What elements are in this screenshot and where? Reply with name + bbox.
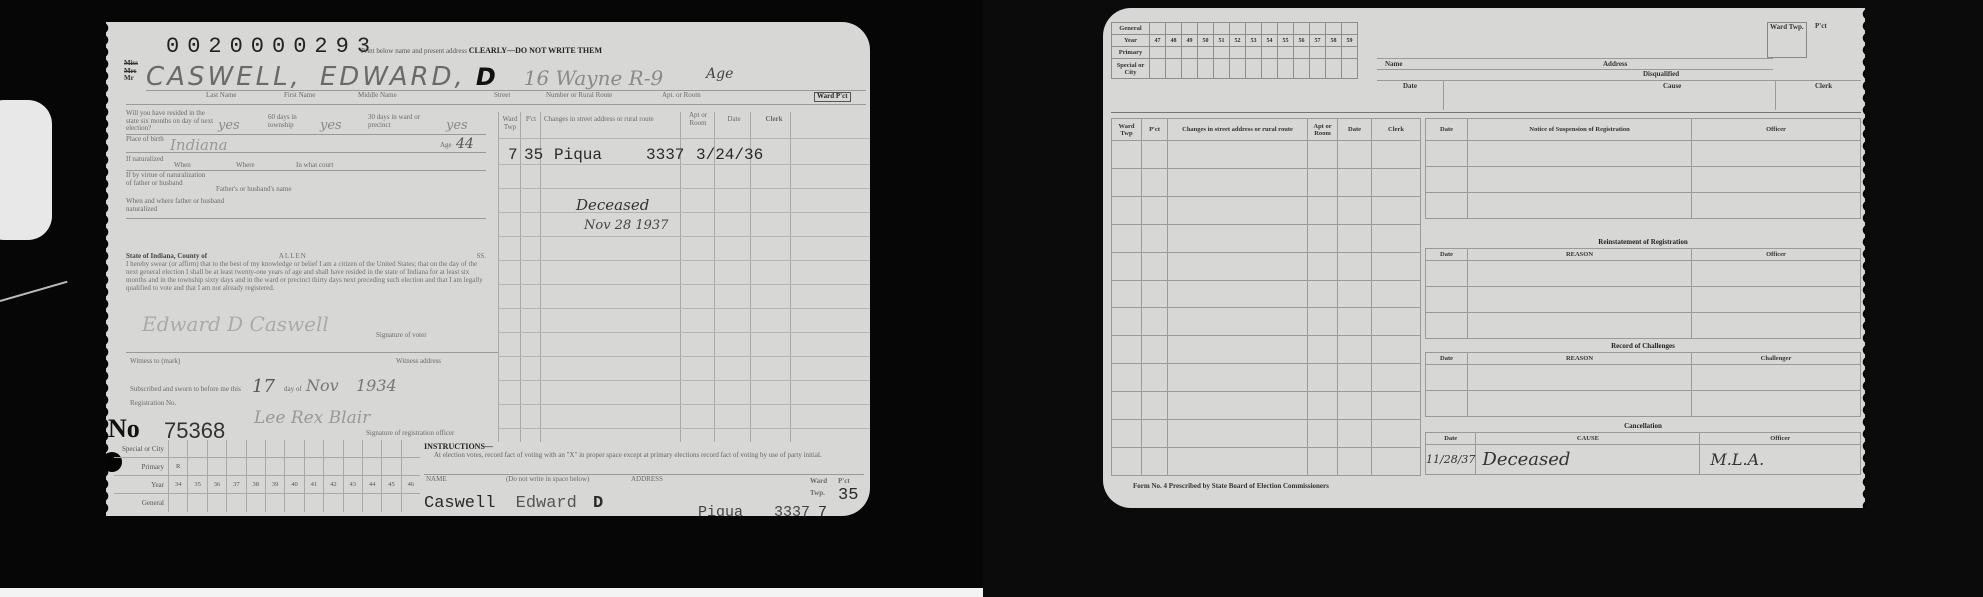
title-prefixes: Miss Mrs Mr (124, 60, 138, 83)
label-address-bottom: ADDRESS (631, 476, 663, 484)
suspension-table: Date Notice of Suspension of Registratio… (1425, 118, 1861, 219)
label-do-not-write: (Do not write in space below) (506, 476, 589, 484)
cancellation-title: Cancellation (1425, 422, 1861, 430)
label-registration-no: Registration No. (130, 400, 176, 408)
voter-signature: Edward D Caswell (142, 312, 329, 336)
reinstatement-title: Reinstatement of Registration (1425, 238, 1861, 246)
divider (126, 104, 866, 105)
label-disq-cause: Cause (1663, 82, 1681, 90)
typed-street-bottom: Piqua (698, 504, 743, 516)
row-special-city: Special or City (1112, 59, 1358, 79)
subscribed-day: 17 (252, 376, 275, 397)
form-footer: Form No. 4 Prescribed by State Board of … (1133, 482, 1329, 490)
change-number: 3337 (646, 146, 684, 164)
cancellation-officer: M.L.A. (1700, 445, 1861, 475)
note-deceased-date: Nov 28 1937 (584, 218, 668, 233)
divider (126, 134, 486, 135)
serial-number: 0020000293 (166, 34, 378, 59)
label-witness: Witness to (mark) (130, 358, 180, 366)
label-address: Address (1603, 60, 1627, 68)
header-clerk: Clerk (754, 116, 794, 124)
row-primary: Primary (1112, 47, 1358, 59)
typed-name-bottom: Caswell Edward D (424, 494, 603, 513)
divider (1377, 80, 1861, 81)
oath-text: State of Indiana, County of ALLEN SS. I … (126, 252, 486, 292)
change-address: Piqua (554, 146, 602, 164)
divider (1443, 80, 1444, 110)
row-special-city: Special or City (114, 440, 420, 458)
instructions-block: INSTRUCTIONS— At election votes, record … (424, 442, 864, 459)
header-ward-twp: Ward Twp (500, 116, 520, 131)
header-apt-room: Apt or Room (682, 112, 714, 127)
voting-history-grid: Special or City Primary R Year 34 35 36 … (114, 440, 420, 512)
subscribed-year: 1934 (356, 376, 397, 395)
answer-resided-state: yes (218, 118, 240, 133)
divider (126, 352, 498, 353)
label-apt: Apt. or Room (662, 92, 701, 100)
voter-name-line: CASWELL, EDWARD, D 16 Wayne R-9 Age (146, 62, 786, 92)
question-when-where-father: When and where father or husband natural… (126, 198, 226, 213)
change-pct: 35 (524, 146, 543, 164)
middle-initial: D (476, 63, 496, 91)
registration-card-front: 0020000293 Print below name and present … (106, 22, 870, 516)
question-days-ward: 30 days in ward or precinct (368, 114, 438, 129)
label-pct-bottom: P'ct (838, 478, 850, 486)
label-fathers-name: Father's or husband's name (216, 186, 291, 194)
answer-days-ward: yes (446, 118, 468, 133)
adjacent-card-edge (0, 100, 52, 240)
label-age: Age (440, 142, 452, 150)
label-first-name: First Name (284, 92, 315, 100)
row-year: Year 47 48 49 50 51 52 53 54 55 56 57 58… (1112, 35, 1358, 47)
typed-number-bottom: 3337 (774, 504, 810, 516)
row-general: General (1112, 23, 1358, 35)
row-year: Year 34 35 36 37 38 39 40 41 42 43 44 45… (114, 476, 420, 494)
label-name-bottom: NAME (426, 476, 447, 484)
reinstatement-table: Date REASON Officer (1425, 248, 1861, 339)
label-pct-top: P'ct (1815, 22, 1827, 30)
label-name: Name (1385, 60, 1403, 68)
label-signature-voter: Signature of voter (376, 332, 427, 340)
label-where: Where (236, 162, 255, 170)
divider (126, 152, 486, 153)
label-court: In what court (296, 162, 333, 170)
answer-age: 44 (456, 136, 474, 152)
question-days-township: 60 days in township (268, 114, 318, 129)
subscribed-text: Subscribed and sworn to before me this (130, 386, 241, 394)
divider (126, 218, 486, 219)
question-resided-state: Will you have resided in the state six m… (126, 110, 218, 133)
question-by-virtue: If by virtue of naturalization of father… (126, 172, 206, 187)
last-name: CASWELL, (146, 62, 302, 92)
note-deceased: Deceased (576, 196, 649, 214)
label-officer-signature: Signature of registration officer (366, 430, 454, 438)
label-twp-bottom: Twp. (810, 490, 825, 498)
label-last-name: Last Name (206, 92, 237, 100)
age-stamp: Age (706, 66, 733, 82)
print-instruction: Print below name and present address CLE… (361, 46, 602, 55)
officer-signature: Lee Rex Blair (254, 408, 370, 428)
label-disq-date: Date (1403, 82, 1417, 90)
label-disq-clerk: Clerk (1815, 82, 1832, 90)
question-naturalized: If naturalized (126, 156, 166, 164)
question-place-of-birth: Place of birth (126, 136, 166, 144)
header-changes-address: Changes in street address or rural route (544, 116, 684, 124)
first-name: EDWARD, (320, 62, 466, 92)
challenges-table: Date REASON Challenger (1425, 352, 1861, 417)
change-ward: 7 (508, 146, 518, 164)
label-street: Street (494, 92, 510, 100)
row-primary: Primary R (114, 458, 420, 476)
label-witness-address: Witness address (396, 358, 441, 366)
divider (1377, 69, 1773, 70)
divider (1775, 80, 1776, 110)
cancellation-table: Date CAUSE Officer 11/28/37 Deceased M.L… (1425, 432, 1861, 475)
cancellation-cause: Deceased (1476, 445, 1700, 475)
voting-history-grid-back: General Year 47 48 49 50 51 52 53 54 55 … (1111, 22, 1358, 79)
label-ward-pct: Ward P'ct (814, 92, 851, 102)
cancellation-date: 11/28/37 (1426, 445, 1476, 475)
subscribed-month: Nov (306, 376, 339, 395)
label-ward-bottom: Ward (810, 478, 827, 486)
row-general: General (114, 494, 420, 512)
divider (1111, 112, 1861, 113)
typed-pct-bottom: 35 (838, 486, 858, 505)
scan-bottom-strip (0, 588, 983, 597)
answer-days-township: yes (320, 118, 342, 133)
label-day-of: day of (284, 386, 302, 394)
change-date: 3/24/36 (696, 146, 763, 164)
label-when: When (174, 162, 191, 170)
label-middle-name: Middle Name (358, 92, 397, 100)
registration-card-back: General Year 47 48 49 50 51 52 53 54 55 … (1103, 8, 1865, 508)
label-disqualified: Disqualified (1643, 70, 1679, 78)
header-date: Date (718, 116, 750, 124)
challenges-title: Record of Challenges (1425, 342, 1861, 350)
label-number: Number or Rural Route (546, 92, 612, 100)
typed-ward-bottom: 7 (818, 504, 827, 516)
ward-pct-box: Ward Twp. (1767, 22, 1807, 58)
changes-table-back: Ward Twp P'ct Changes in street address … (1111, 118, 1421, 476)
header-pct: P'ct (522, 116, 540, 124)
divider (1377, 58, 1773, 59)
street-address: 16 Wayne R-9 (524, 66, 663, 90)
